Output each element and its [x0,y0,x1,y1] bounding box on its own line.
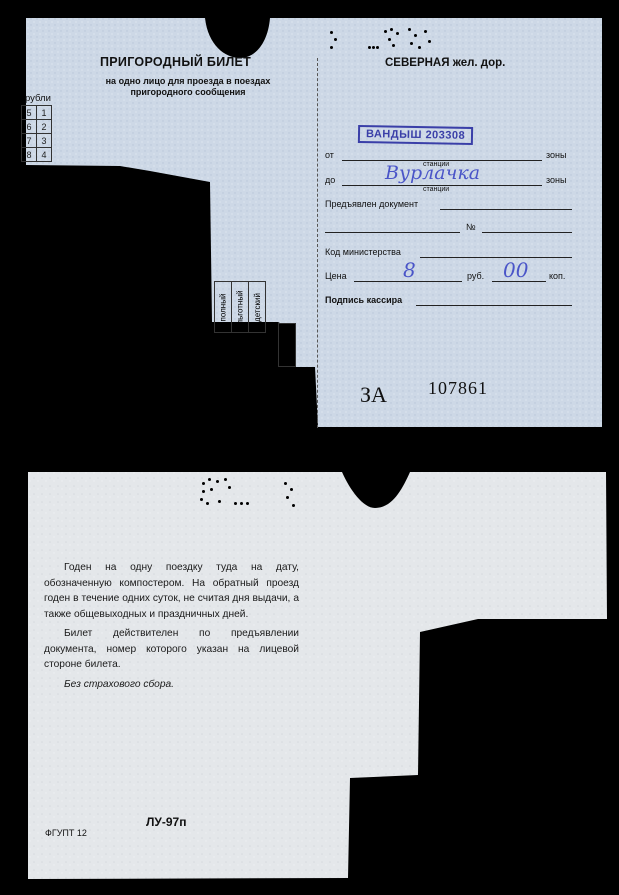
rubles-grid: 51 62 73 84 [21,105,52,162]
rubles-cell: 3 [37,134,52,148]
tear-line [317,58,318,428]
rubles-cell: 6 [22,120,37,134]
back-punch-perforation [198,478,308,508]
price-label: Цена [325,271,347,281]
direction-one-way: туда [279,324,295,366]
back-conditions-text: Годен на одну поездку туда на дату, обоз… [44,560,299,696]
fare-type-reduced: льготный [232,282,249,332]
rubles-cell: 1 [37,106,52,120]
ministry-code-label: Код министерства [325,247,401,257]
direction-box: туда [278,323,296,367]
ticket-series: ЗА [360,382,387,408]
ticket-subtitle-line1: на одно лицо для проезда в поездах [88,76,288,87]
fare-type-child: детский [249,282,265,332]
ticket-subtitle-line2: пригородного сообщения [88,87,288,98]
printer-code: ФГУПТ 12 [45,828,87,838]
from-zone-label: зоны [546,150,566,160]
cashier-signature-line [416,305,572,306]
document-label: Предъявлен документ [325,199,418,209]
rubles-cell: 2 [37,120,52,134]
ticket-number: 107861 [428,378,488,399]
document-line-2 [325,232,460,233]
ministry-code-line [420,257,572,258]
rub-label: руб. [467,271,484,281]
ticket-front: ПРИГОРОДНЫЙ БИЛЕТ на одно лицо для проез… [0,0,619,440]
punch-perforation [328,26,438,56]
rubles-cell: 5 [22,106,37,120]
railway-name: СЕВЕРНАЯ жел. дор. [385,57,505,69]
to-zone-label: зоны [546,175,566,185]
document-line [440,209,572,210]
to-label: до [325,175,335,185]
station-stamp: ВАНДЫШ 203308 [358,125,474,145]
to-station-caption: станции [423,186,449,193]
number-label: № [466,222,476,232]
price-rub-handwritten: 8 [403,258,416,282]
document-paragraph: Билет действителен по предъявлении докум… [44,626,299,673]
validity-paragraph: Годен на одну поездку туда на дату, обоз… [44,560,299,622]
kop-label: коп. [549,271,565,281]
ticket-back: Годен на одну поездку туда на дату, обоз… [0,460,619,895]
form-code: ЛУ-97п [146,815,186,829]
number-line [482,232,572,233]
rubles-cell: 7 [22,134,37,148]
fare-type-box: полный льготный детский [214,281,266,333]
to-station-handwritten: Вурлачка [385,162,480,184]
rubles-cell: 4 [37,148,52,162]
ticket-front-paper [0,0,619,440]
cashier-signature-label: Подпись кассира [325,295,402,305]
from-label: от [325,150,334,160]
fare-type-full: полный [215,282,232,332]
rubles-cell: 8 [22,148,37,162]
insurance-note: Без страхового сбора. [44,677,299,693]
ticket-title: ПРИГОРОДНЫЙ БИЛЕТ [100,55,251,69]
price-kop-handwritten: 00 [503,258,528,282]
rubles-label: рубли [25,93,51,104]
